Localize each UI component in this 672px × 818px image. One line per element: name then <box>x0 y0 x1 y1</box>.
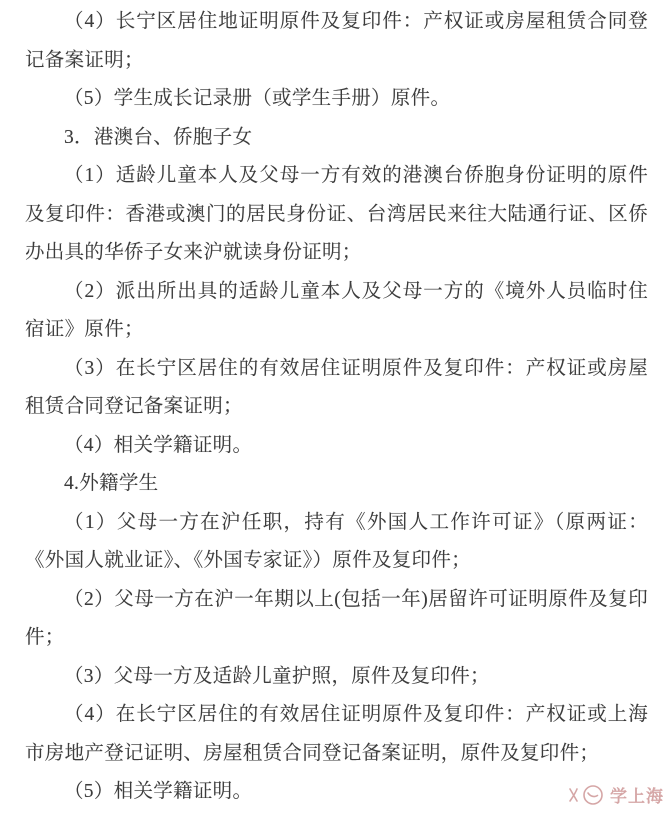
watermark: 学上海 <box>567 782 664 807</box>
para-student-growth-record: （5）学生成长记录册（或学生手册）原件。 <box>25 80 648 119</box>
document-page: （4）长宁区居住地证明原件及复印件：产权证或房屋租赁合同登记备案证明； （5）学… <box>0 0 672 818</box>
para-3-4-school-roll-proof: （4）相关学籍证明。 <box>25 427 648 466</box>
heading-section-3-hk-macao-tw: 3．港澳台、侨胞子女 <box>25 119 648 158</box>
para-3-1-identity-proof: （1）适龄儿童本人及父母一方有效的港澳台侨胞身份证明的原件及复印件：香港或澳门的… <box>25 157 648 273</box>
watermark-label: 学上海 <box>610 782 664 807</box>
para-4-1-work-permit: （1）父母一方在沪任职，持有《外国人工作许可证》（原两证：《外国人就业证》、《外… <box>25 504 648 581</box>
para-4-5-school-roll-proof: （5）相关学籍证明。 <box>25 773 648 812</box>
study-shanghai-circle-logo-icon <box>567 783 605 807</box>
para-changning-residence-proof: （4）长宁区居住地证明原件及复印件：产权证或房屋租赁合同登记备案证明； <box>25 3 648 80</box>
para-4-4-residence-proof: （4）在长宁区居住的有效居住证明原件及复印件：产权证或上海市房地产登记证明、房屋… <box>25 696 648 773</box>
para-4-3-passports: （3）父母一方及适龄儿童护照，原件及复印件； <box>25 658 648 697</box>
heading-section-4-foreign-students: 4.外籍学生 <box>25 465 648 504</box>
para-3-2-temporary-residence: （2）派出所出具的适龄儿童本人及父母一方的《境外人员临时住宿证》原件； <box>25 273 648 350</box>
para-4-2-residence-permit: （2）父母一方在沪一年期以上(包括一年)居留许可证明原件及复印件； <box>25 581 648 658</box>
para-3-3-valid-residence-proof: （3）在长宁区居住的有效居住证明原件及复印件：产权证或房屋租赁合同登记备案证明； <box>25 350 648 427</box>
